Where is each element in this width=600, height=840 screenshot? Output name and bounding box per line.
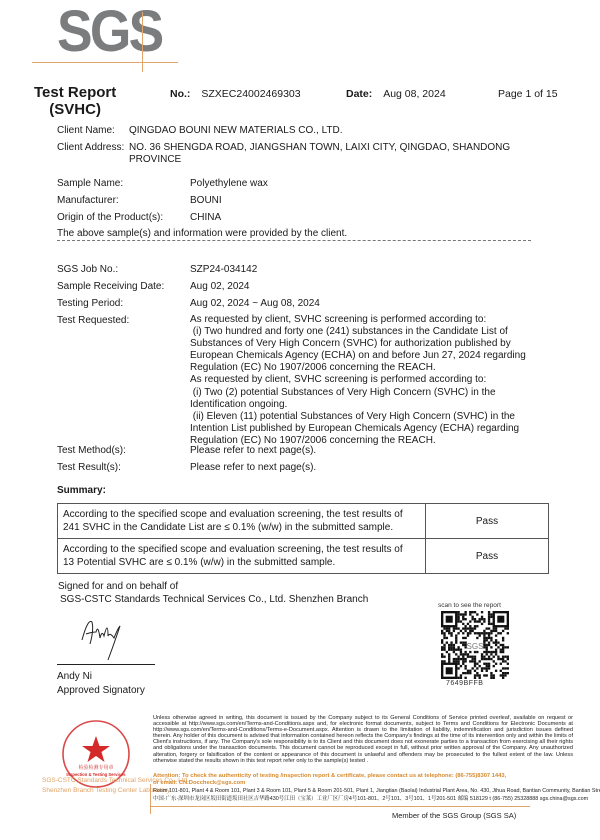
sgs-member-note: Member of the SGS Group (SGS SA): [392, 811, 516, 820]
qr-caption: scan to see the report: [438, 602, 501, 609]
job-no-value: SZP24-034142: [190, 263, 257, 276]
summary-table: According to the specified scope and eva…: [57, 503, 549, 574]
receiving-date-value: Aug 02, 2024: [190, 280, 250, 293]
title-line-2: (SVHC): [34, 101, 116, 118]
summary-description: According to the specified scope and eva…: [58, 539, 426, 574]
sample-name-value: Polyethylene wax: [190, 177, 268, 190]
report-title: Test Report (SVHC): [34, 84, 116, 118]
manufacturer-value: BOUNI: [190, 194, 222, 207]
summary-row: According to the specified scope and eva…: [58, 539, 549, 574]
svg-text:SGS: SGS: [467, 642, 484, 651]
authenticity-notice: Attention: To check the authenticity of …: [153, 773, 506, 786]
client-name-label: Client Name:: [57, 124, 115, 137]
summary-description: According to the specified scope and eva…: [58, 504, 426, 539]
authenticity-email[interactable]: or email: CN.Doccheck@sgs.com: [153, 780, 506, 787]
summary-line: 13 Potential SVHC are ≤ 0.1% (w/w) in th…: [63, 556, 420, 569]
logo-horizontal-rule: [32, 62, 178, 63]
client-address-line1: NO. 36 SHENGDA ROAD, JIANGSHAN TOWN, LAI…: [129, 141, 510, 154]
report-date-value: Aug 08, 2024: [383, 88, 445, 100]
title-line-1: Test Report: [34, 84, 116, 101]
page-indicator: Page 1 of 15: [498, 88, 558, 100]
testing-period-value: Aug 02, 2024 ~ Aug 08, 2024: [190, 297, 320, 310]
qr-code-id: 7649BFFB: [446, 680, 483, 687]
client-address-line2: PROVINCE: [129, 153, 181, 166]
terms-fine-print: Unless otherwise agreed in writing, this…: [153, 715, 573, 764]
summary-line: According to the specified scope and eva…: [63, 543, 420, 556]
footer-address: Room 101-801, Plant 4 & Room 101, Plant …: [153, 787, 600, 803]
client-name-value: QINGDAO BOUNI NEW MATERIALS CO., LTD.: [129, 124, 343, 137]
authenticity-line: Attention: To check the authenticity of …: [153, 773, 506, 780]
signature-line: [57, 664, 155, 665]
report-number: No.: SZXEC24002469303: [170, 88, 301, 100]
test-method-label: Test Method(s):: [57, 444, 126, 457]
summary-result: Pass: [426, 539, 549, 574]
test-method-value: Please refer to next page(s).: [190, 444, 316, 457]
report-no-label: No.:: [170, 88, 190, 100]
signatory-role: Approved Signatory: [57, 684, 145, 697]
sample-note: The above sample(s) and information were…: [57, 227, 347, 240]
signed-on-behalf: Signed for and on behalf of: [58, 580, 178, 593]
sample-name-label: Sample Name:: [57, 177, 123, 190]
footer-vertical-rule: [150, 784, 151, 814]
dashed-divider: [57, 240, 531, 242]
test-requested-text: As requested by client, SVHC screening i…: [190, 314, 526, 447]
test-requested-label: Test Requested:: [57, 314, 129, 327]
footer-rule: [150, 806, 530, 807]
address-english: Room 101-801, Plant 4 & Room 101, Plant …: [153, 787, 600, 795]
signature-scribble: [78, 610, 138, 662]
test-result-label: Test Result(s):: [57, 461, 121, 474]
report-no-value: SZXEC24002469303: [201, 88, 300, 100]
svg-text:检验检测专用章: 检验检测专用章: [78, 764, 113, 771]
report-date: Date: Aug 08, 2024: [346, 88, 446, 100]
signing-company: SGS-CSTC Standards Technical Services Co…: [60, 593, 368, 606]
origin-value: CHINA: [190, 211, 221, 224]
client-address-label: Client Address:: [57, 141, 124, 154]
summary-row: According to the specified scope and eva…: [58, 504, 549, 539]
qr-code-icon[interactable]: SGS: [441, 611, 509, 679]
job-no-label: SGS Job No.:: [57, 263, 118, 276]
test-result-value: Please refer to next page(s).: [190, 461, 316, 474]
summary-line: According to the specified scope and eva…: [63, 508, 420, 521]
signatory-name: Andy Ni: [57, 670, 92, 683]
manufacturer-label: Manufacturer:: [57, 194, 119, 207]
origin-label: Origin of the Product(s):: [57, 211, 163, 224]
summary-line: 241 SVHC in the Candidate List are ≤ 0.1…: [63, 521, 420, 534]
report-date-label: Date:: [346, 88, 372, 100]
testing-period-label: Testing Period:: [57, 297, 123, 310]
summary-result: Pass: [426, 504, 549, 539]
sgs-logo: SGS: [40, 4, 170, 70]
address-chinese: 中国·广东·深圳市龙岗区坂田街道坂田社区吉华路430号江田（宝莱）工业厂区厂房4…: [153, 795, 600, 803]
sgs-logo-text: SGS: [57, 0, 161, 65]
receiving-date-label: Sample Receiving Date:: [57, 280, 164, 293]
logo-vertical-rule: [142, 12, 143, 72]
summary-heading: Summary:: [57, 485, 106, 496]
